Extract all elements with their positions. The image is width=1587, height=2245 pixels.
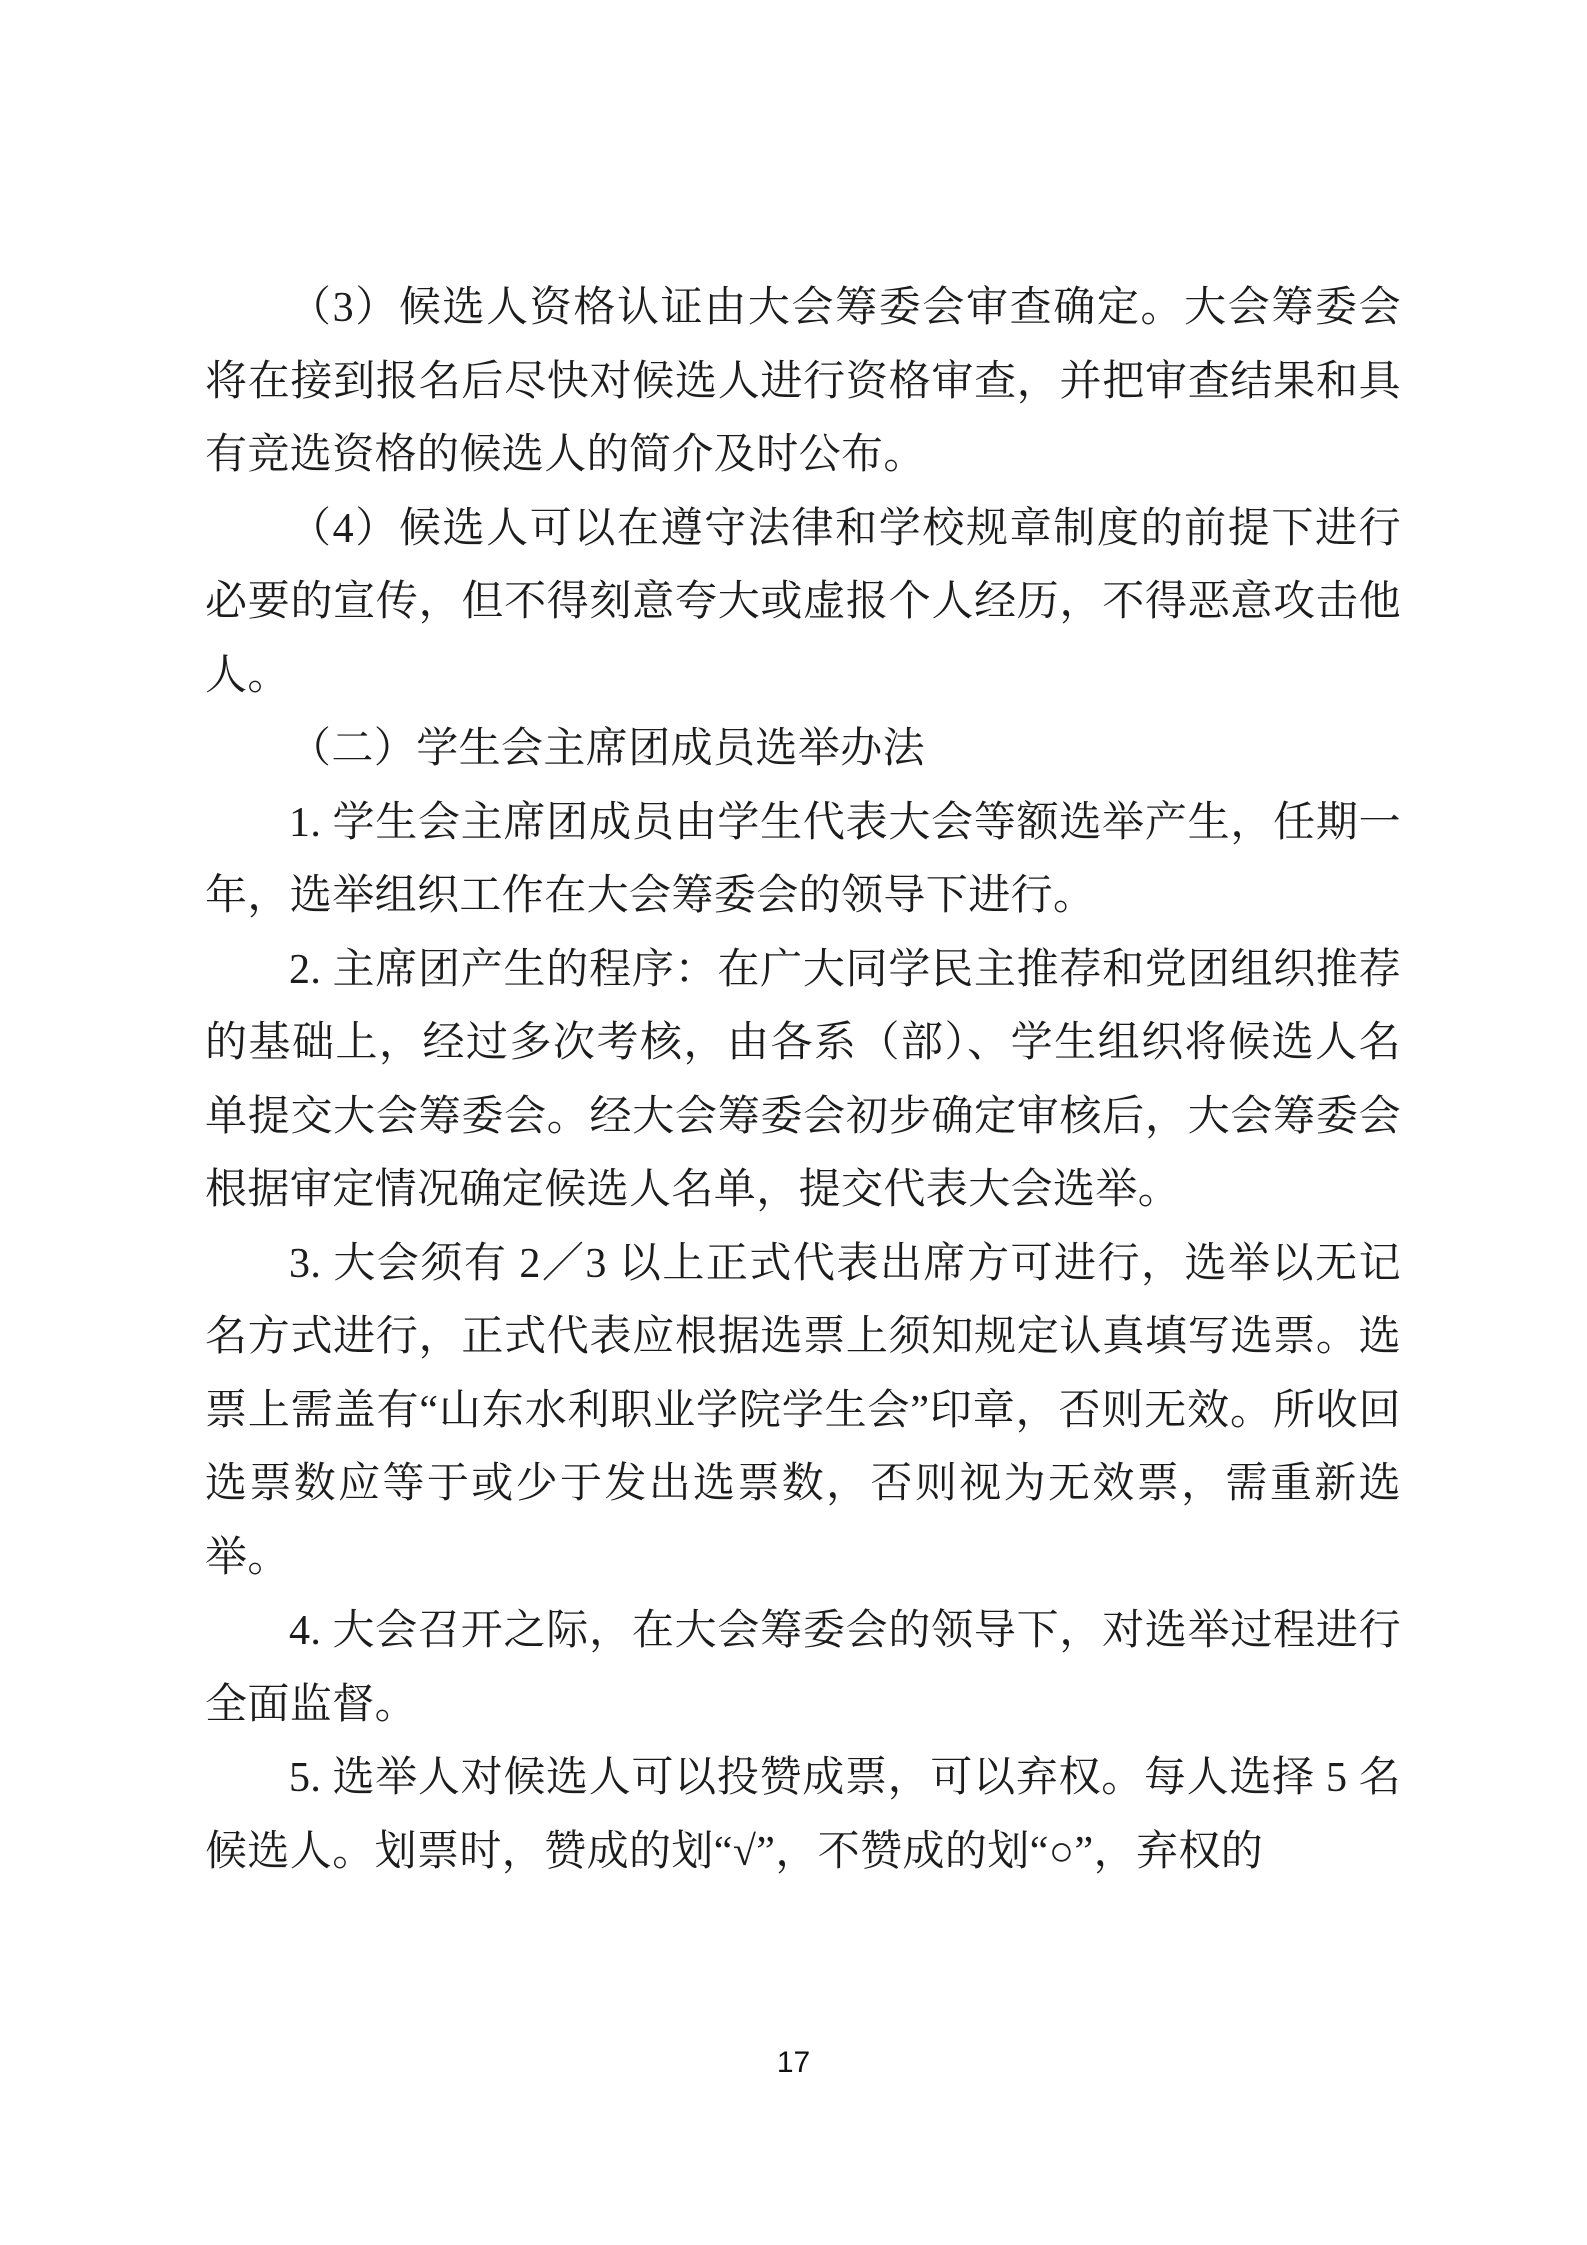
document-body: （3）候选人资格认证由大会筹委会审查确定。大会筹委会将在接到报名后尽快对候选人进… bbox=[205, 272, 1401, 1889]
page-footer: 17 bbox=[0, 2046, 1587, 2080]
section-heading-2: （二）学生会主席团成员选举办法 bbox=[205, 713, 1401, 787]
para-item-3: （3）候选人资格认证由大会筹委会审查确定。大会筹委会将在接到报名后尽快对候选人进… bbox=[205, 272, 1401, 493]
para-point-1: 1. 学生会主席团成员由学生代表大会等额选举产生，任期一年，选举组织工作在大会筹… bbox=[205, 787, 1401, 934]
document-page: （3）候选人资格认证由大会筹委会审查确定。大会筹委会将在接到报名后尽快对候选人进… bbox=[0, 0, 1587, 2245]
para-point-4: 4. 大会召开之际，在大会筹委会的领导下，对选举过程进行全面监督。 bbox=[205, 1595, 1401, 1742]
page-number: 17 bbox=[777, 2046, 810, 2080]
para-point-2: 2. 主席团产生的程序：在广大同学民主推荐和党团组织推荐的基础上，经过多次考核，… bbox=[205, 934, 1401, 1228]
para-point-3: 3. 大会须有 2／3 以上正式代表出席方可进行，选举以无记名方式进行，正式代表… bbox=[205, 1228, 1401, 1596]
para-point-5: 5. 选举人对候选人可以投赞成票，可以弃权。每人选择 5 名候选人。划票时，赞成… bbox=[205, 1742, 1401, 1889]
para-item-4: （4）候选人可以在遵守法律和学校规章制度的前提下进行必要的宣传，但不得刻意夸大或… bbox=[205, 493, 1401, 714]
